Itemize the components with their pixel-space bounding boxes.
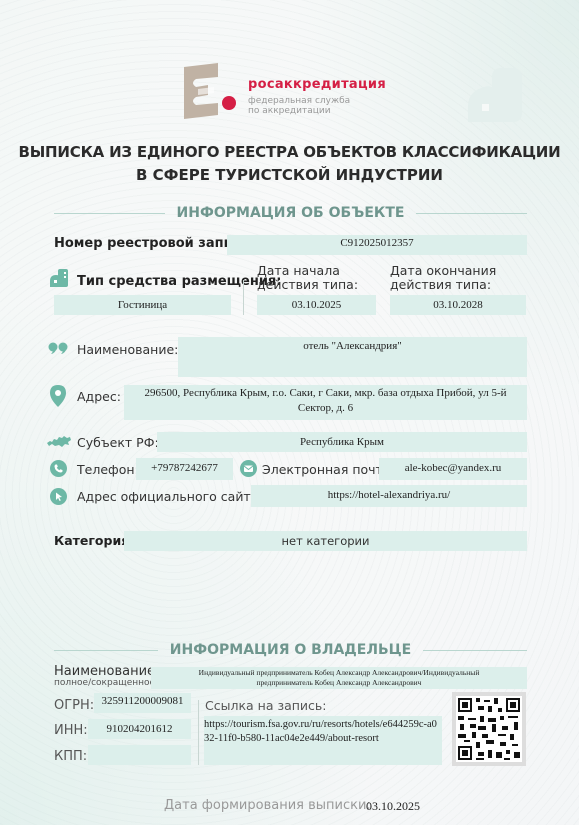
subject-label: Субъект РФ: bbox=[77, 435, 159, 450]
type-value: Гостиница bbox=[54, 295, 231, 315]
logo-name: РОСАККРЕДИТАЦИЯ bbox=[248, 77, 386, 92]
phone-label: Телефон: bbox=[77, 462, 139, 477]
end-label-2: действия типа: bbox=[390, 277, 491, 292]
name-label: Наименование: bbox=[77, 342, 178, 357]
kpp-value bbox=[88, 745, 191, 765]
quote-icon bbox=[48, 342, 70, 354]
website-value[interactable]: https://hotel-alexandriya.ru/ bbox=[251, 485, 527, 507]
start-label-1: Дата начала bbox=[257, 263, 340, 278]
kpp-label: КПП: bbox=[54, 749, 87, 764]
ogrn-value: 325911200009081 bbox=[94, 693, 191, 713]
subject-value: Республика Крым bbox=[157, 432, 527, 452]
location-pin-icon bbox=[50, 385, 66, 407]
category-value: нет категории bbox=[124, 531, 527, 551]
registry-label: Номер реестровой записи: bbox=[54, 236, 255, 251]
logo-subtitle-2: по аккредитации bbox=[248, 106, 331, 116]
start-date-value: 03.10.2025 bbox=[257, 295, 376, 315]
category-label: Категория: bbox=[54, 533, 134, 548]
generation-date-value: 03.10.2025 bbox=[366, 799, 420, 814]
type-divider bbox=[243, 280, 244, 315]
inn-label: ИНН: bbox=[54, 723, 88, 738]
document-title-line1: ВЫПИСКА ИЗ ЕДИНОГО РЕЕСТРА ОБЪЕКТОВ КЛАС… bbox=[0, 143, 579, 161]
hotel-building-icon bbox=[50, 269, 70, 287]
ogrn-label: ОГРН: bbox=[54, 698, 94, 713]
russia-map-icon bbox=[46, 435, 72, 448]
cursor-icon bbox=[50, 488, 67, 505]
name-value: отель "Александрия" bbox=[178, 337, 527, 377]
document-title-line2: В СФЕРЕ ТУРИСТСКОЙ ИНДУСТРИИ bbox=[0, 166, 579, 184]
qr-code-icon[interactable] bbox=[456, 696, 522, 762]
owner-divider bbox=[198, 700, 199, 765]
divider-left bbox=[54, 213, 165, 214]
email-value: ale-kobec@yandex.ru bbox=[379, 458, 527, 480]
inn-value: 910204201612 bbox=[88, 719, 191, 739]
link-label: Ссылка на запись: bbox=[205, 698, 327, 713]
address-label: Адрес: bbox=[77, 389, 121, 404]
divider-right bbox=[423, 650, 527, 651]
object-section-title: ИНФОРМАЦИЯ ОБ ОБЪЕКТЕ bbox=[177, 205, 405, 221]
phone-icon bbox=[50, 460, 67, 477]
owner-name-label: Наименование: bbox=[54, 664, 159, 679]
email-label: Электронная почта: bbox=[262, 462, 395, 477]
address-value: 296500, Республика Крым, г.о. Саки, г Са… bbox=[124, 385, 527, 420]
website-label: Адрес официального сайта: bbox=[77, 489, 263, 504]
owner-name-sublabel: полное/сокращенное bbox=[54, 678, 155, 688]
type-label: Тип средства размещения: bbox=[77, 274, 281, 289]
owner-section-title: ИНФОРМАЦИЯ О ВЛАДЕЛЬЦЕ bbox=[170, 642, 411, 658]
owner-section-heading: ИНФОРМАЦИЯ О ВЛАДЕЛЬЦЕ bbox=[54, 640, 527, 660]
logo-red-dot bbox=[222, 96, 236, 110]
generation-date-label: Дата формирования выписки: bbox=[164, 798, 371, 813]
owner-name-value: Индивидуальный предприниматель Кобец Але… bbox=[151, 667, 527, 689]
registry-value: С912025012357 bbox=[227, 235, 527, 255]
end-date-value: 03.10.2028 bbox=[390, 295, 526, 315]
start-label-2: действия типа: bbox=[257, 277, 358, 292]
logo-subtitle-1: федеральная служба bbox=[248, 96, 350, 106]
object-section-heading: ИНФОРМАЦИЯ ОБ ОБЪЕКТЕ bbox=[54, 203, 527, 223]
hotel-watermark-icon bbox=[466, 66, 546, 126]
divider-left bbox=[54, 650, 158, 651]
end-label-1: Дата окончания bbox=[390, 263, 496, 278]
email-icon bbox=[240, 460, 257, 477]
link-value[interactable]: https://tourism.fsa.gov.ru/ru/resorts/ho… bbox=[204, 716, 442, 765]
divider-right bbox=[416, 213, 527, 214]
logo-shield-icon bbox=[180, 63, 222, 119]
phone-value: +79787242677 bbox=[136, 458, 233, 480]
